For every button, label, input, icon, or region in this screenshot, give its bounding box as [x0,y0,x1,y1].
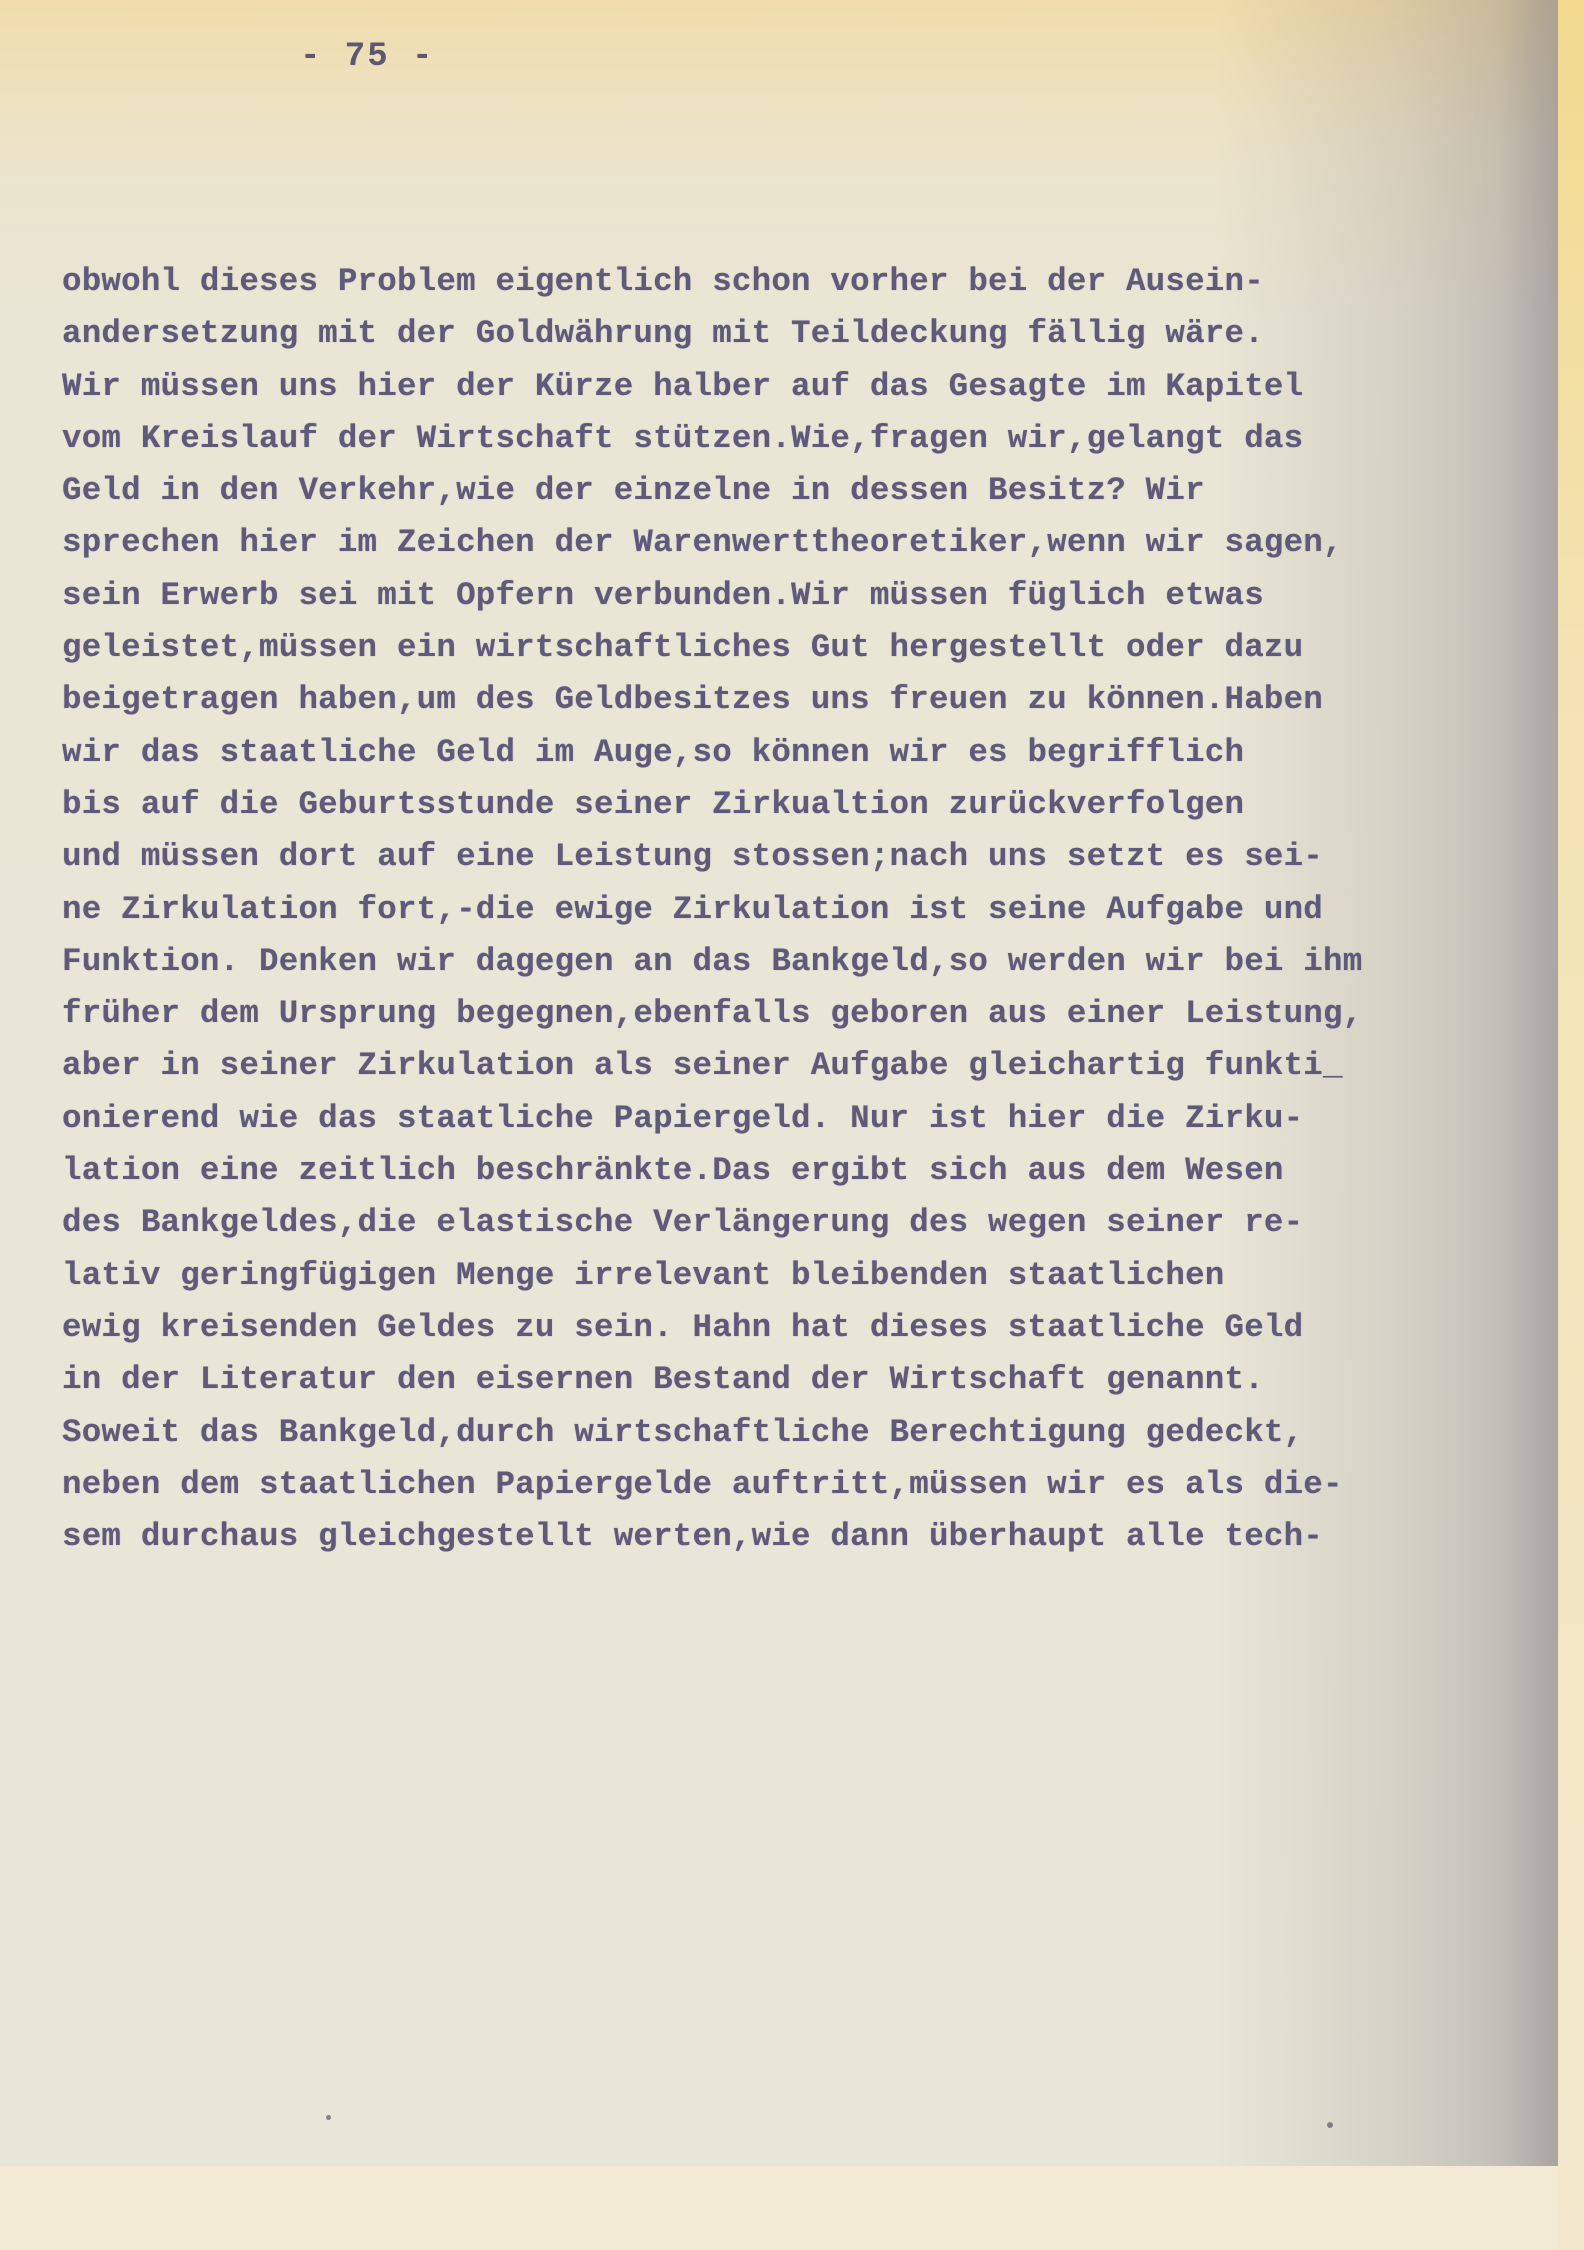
text-line: und müssen dort auf eine Leistung stosse… [62,831,1532,883]
text-line: Geld in den Verkehr,wie der einzelne in … [62,465,1532,517]
text-line: andersetzung mit der Goldwährung mit Tei… [62,308,1532,360]
text-line: bis auf die Geburtsstunde seiner Zirkual… [62,779,1532,831]
ink-speck [326,2115,331,2120]
ink-speck [1327,2122,1333,2128]
text-line: beigetragen haben,um des Geldbesitzes un… [62,674,1532,726]
scanned-page: - 75 - obwohl dieses Problem eigentlich … [0,0,1558,2166]
text-line: des Bankgeldes,die elastische Verlängeru… [62,1197,1532,1249]
page-edge [1558,0,1584,2250]
text-line: onierend wie das staatliche Papiergeld. … [62,1093,1532,1145]
typewritten-body: obwohl dieses Problem eigentlich schon v… [62,256,1532,1563]
text-line: vom Kreislauf der Wirtschaft stützen.Wie… [62,413,1532,465]
text-line: lation eine zeitlich beschränkte.Das erg… [62,1145,1532,1197]
text-line: aber in seiner Zirkulation als seiner Au… [62,1040,1532,1092]
text-line: lativ geringfügigen Menge irrelevant ble… [62,1250,1532,1302]
text-line: sein Erwerb sei mit Opfern verbunden.Wir… [62,570,1532,622]
page-number: - 75 - [300,38,434,76]
text-line: Soweit das Bankgeld,durch wirtschaftlich… [62,1407,1532,1459]
text-line: neben dem staatlichen Papiergelde auftri… [62,1459,1532,1511]
text-line: in der Literatur den eisernen Bestand de… [62,1354,1532,1406]
text-line: sem durchaus gleichgestellt werten,wie d… [62,1511,1532,1563]
text-line: obwohl dieses Problem eigentlich schon v… [62,256,1532,308]
text-line: Wir müssen uns hier der Kürze halber auf… [62,361,1532,413]
text-line: ewig kreisenden Geldes zu sein. Hahn hat… [62,1302,1532,1354]
text-line: ne Zirkulation fort,-die ewige Zirkulati… [62,884,1532,936]
text-line: geleistet,müssen ein wirtschaftliches Gu… [62,622,1532,674]
text-line: sprechen hier im Zeichen der Warenwertth… [62,517,1532,569]
text-line: früher dem Ursprung begegnen,ebenfalls g… [62,988,1532,1040]
text-line: Funktion. Denken wir dagegen an das Bank… [62,936,1532,988]
text-line: wir das staatliche Geld im Auge,so könne… [62,727,1532,779]
